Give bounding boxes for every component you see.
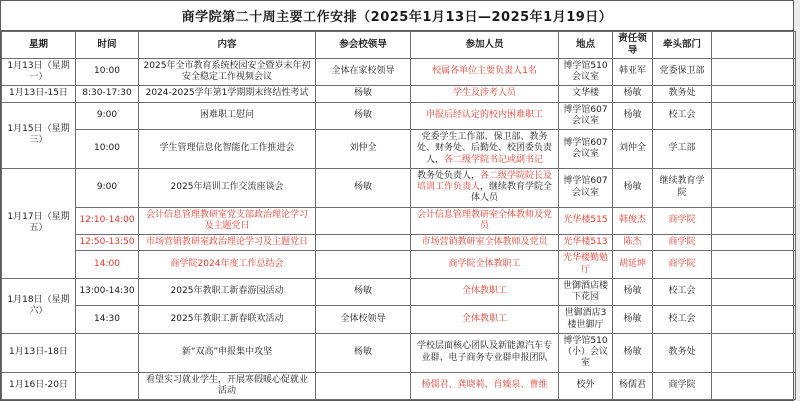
text-segment: 各二级学院书记或副书记 (444, 155, 543, 165)
text-segment: 全体教职工 (462, 314, 507, 324)
text-segment: ，继续教育学院全体人员 (471, 182, 552, 203)
text-segment: 博学馆510会议室 (563, 61, 607, 82)
cell-participants: 商学院全体教职工 (411, 251, 559, 279)
cell-content: 会计信息管理教研室党支部政治理论学习及主题党日 (139, 207, 316, 235)
cell-content: 2024-2025学年第1学期期末终结性考试 (139, 86, 316, 102)
table-row: 1月13日（星期一）10:002025年全市教育系统校园安全暨岁末年初安全稳定工… (2, 58, 796, 86)
cell-day: 1月15日（星期三） (2, 102, 76, 168)
cell-lead-dept: 商学院 (653, 372, 712, 400)
cell-attendees (316, 372, 411, 400)
table-row: 14:00商学院2024年度工作总结会商学院全体教职工光华楼勤勉厅胡延坤商学院 (2, 251, 796, 279)
cell-attendees: 杨敏 (316, 102, 411, 130)
cell-time: 10:00 (76, 130, 139, 169)
text-segment: 杨敏 (623, 347, 641, 357)
cell-lead-dept: 商学院 (653, 207, 712, 235)
cell-empty (712, 278, 796, 306)
cell-empty (712, 86, 796, 102)
cell-duty-leader: 杨敏 (613, 102, 653, 130)
cell-lead-dept: 校工会 (653, 278, 712, 306)
cell-day: 1月13日-18日 (2, 333, 76, 372)
cell-participants: 申报后经认定的校内困难职工 (411, 102, 559, 130)
text-segment: 2025年全市教育系统校园安全暨岁末年初安全稳定工作视频会议 (144, 61, 311, 82)
cell-lead-dept: 校工会 (653, 306, 712, 334)
cell-day: 1月13日-15日 (2, 86, 76, 102)
table-row: 1月17日（星期五）9:002025年培训工作交流座谈会杨敏教务处负责人，各二级… (2, 168, 796, 207)
cell-duty-leader: 韩亚军 (613, 58, 653, 86)
cell-lead-dept: 校工会 (653, 102, 712, 130)
cell-duty-leader: 刘仲全 (613, 130, 653, 169)
cell-attendees: 杨敏 (316, 333, 411, 372)
cell-location: 世御酒店楼下花园 (559, 278, 613, 306)
table-row: 12:50-13:50市场营销教研室政治理论学习及主题党日市场营销教研室全体教师… (2, 235, 796, 251)
cell-day: 1月17日（星期五） (2, 168, 76, 278)
text-segment: 杨儒君 (619, 380, 646, 390)
cell-attendees: 杨敏 (316, 168, 411, 207)
text-segment: 世御酒店楼下花园 (563, 281, 608, 302)
cell-participants: 市场营销教研室全体教师及党员 (411, 235, 559, 251)
text-segment: 光华楼515 (563, 215, 607, 225)
text-segment: 杨敏 (354, 286, 372, 296)
cell-duty-leader: 胡延坤 (613, 251, 653, 279)
text-segment: 博学馆607会议室 (563, 105, 607, 126)
text-segment: 杨敏 (354, 88, 372, 98)
text-segment: 教务处 (668, 88, 695, 98)
text-segment: 学生管理信息化智能化工作推进会 (159, 143, 294, 153)
cell-lead-dept: 学工部 (653, 130, 712, 169)
text-segment: 学工部 (668, 143, 695, 153)
text-segment: 9:00 (97, 182, 117, 192)
cell-attendees: 全体校领导 (316, 306, 411, 334)
cell-day: 1月16日-20日 (2, 372, 76, 400)
cell-duty-leader: 韩俊杰 (613, 207, 653, 235)
header-参会校领导: 参会校领导 (316, 32, 411, 59)
header-时间: 时间 (76, 32, 139, 59)
cell-content: 商学院2024年度工作总结会 (139, 251, 316, 279)
text-segment: 商学院 (668, 215, 695, 225)
cell-attendees (316, 251, 411, 279)
text-segment: 杨敏 (623, 314, 641, 324)
text-segment: 校属各单位主要负责人1名 (432, 66, 537, 76)
cell-empty (712, 207, 796, 235)
table-row: 14:302025年教职工新春联欢活动全体校领导全体教职工世御酒店3楼世御厅杨敏… (2, 306, 796, 334)
text-segment: 2025年培训工作交流座谈会 (171, 182, 284, 192)
schedule-sheet: 商学院第二十周主要工作安排（2025年1月13日—2025年1月19日） 星期时… (0, 0, 794, 401)
text-segment: 市场营销教研室政治理论学习及主题党日 (146, 237, 308, 247)
text-segment: 申报后经认定的校内困难职工 (426, 110, 543, 120)
text-segment: 杨敏 (623, 88, 641, 98)
text-segment: 14:00 (94, 259, 120, 269)
cell-lead-dept: 党委保卫部 (653, 58, 712, 86)
cell-duty-leader: 杨敏 (613, 306, 653, 334)
cell-lead-dept: 商学院 (653, 251, 712, 279)
text-segment: 商学院全体教职工 (448, 259, 520, 269)
cell-content: 困难职工慰问 (139, 102, 316, 130)
text-segment: 刘仲全 (619, 143, 646, 153)
text-segment: 8:30-17:30 (82, 88, 131, 98)
text-segment: 全体校领导 (340, 314, 385, 324)
cell-participants: 学校层面核心团队及新能源汽车专业群、电子商务专业群申报团队 (411, 333, 559, 372)
cell-location: 博学馆607会议室 (559, 130, 613, 169)
text-segment: 校工会 (668, 314, 695, 324)
cell-day: 1月13日（星期一） (2, 58, 76, 86)
header-内容: 内容 (139, 32, 316, 59)
cell-empty (712, 102, 796, 130)
text-segment: 商学院 (668, 259, 695, 269)
cell-participants: 会计信息管理教研室全体教师及党员 (411, 207, 559, 235)
cell-participants: 全体教职工 (411, 278, 559, 306)
header-责任领导: 责任领导 (613, 32, 653, 59)
cell-participants: 全体教职工 (411, 306, 559, 334)
text-segment: 世御酒店3楼世御厅 (565, 308, 607, 329)
text-segment: 12:50-13:50 (79, 237, 134, 247)
cell-empty (712, 306, 796, 334)
cell-attendees: 全体在家校领导 (316, 58, 411, 86)
text-segment: 杨敏 (623, 182, 641, 192)
cell-duty-leader: 杨敏 (613, 278, 653, 306)
text-segment: 教务处负责人， (417, 171, 480, 181)
text-segment: 10:00 (94, 66, 120, 76)
cell-content: 学生管理信息化智能化工作推进会 (139, 130, 316, 169)
cell-time: 14:30 (76, 306, 139, 334)
text-segment: 2025年教职工新春联欢活动 (171, 314, 284, 324)
cell-participants: 党委学生工作部、保卫部、教务处、财务处、后勤处、校团委负责人，各二级学院书记或副… (411, 130, 559, 169)
cell-location: 博学馆510（小）会议室 (559, 333, 613, 372)
text-segment: 2024-2025学年第1学期期末终结性考试 (146, 88, 309, 98)
text-segment: 商学院2024年度工作总结会 (171, 259, 284, 269)
cell-time: 9:00 (76, 168, 139, 207)
text-segment: 学校层面核心团队及新能源汽车专业群、电子商务专业群申报团队 (417, 341, 552, 362)
cell-duty-leader: 杨敏 (613, 333, 653, 372)
text-segment: 杨敏 (623, 286, 641, 296)
cell-time (76, 372, 139, 400)
cell-time: 12:50-13:50 (76, 235, 139, 251)
cell-lead-dept: 继续教育学院 (653, 168, 712, 207)
table-row: 1月13日-15日8:30-17:302024-2025学年第1学期期末终结性考… (2, 86, 796, 102)
text-segment: 继续教育学院 (659, 176, 704, 197)
schedule-table: 星期时间内容参会校领导参加人员地点责任领导牵头部门 1月13日（星期一）10:0… (1, 31, 796, 400)
text-segment: 陈杰 (623, 237, 641, 247)
cell-attendees: 杨敏 (316, 278, 411, 306)
header-empty (712, 32, 796, 59)
cell-duty-leader: 杨儒君 (613, 372, 653, 400)
cell-lead-dept: 商学院 (653, 235, 712, 251)
schedule-body: 1月13日（星期一）10:002025年全市教育系统校园安全暨岁末年初安全稳定工… (2, 58, 796, 399)
header-牵头部门: 牵头部门 (653, 32, 712, 59)
cell-attendees: 杨敏 (316, 86, 411, 102)
cell-day: 1月18日（星期六） (2, 278, 76, 333)
table-row: 1月15日（星期三）9:00困难职工慰问杨敏申报后经认定的校内困难职工博学馆60… (2, 102, 796, 130)
text-segment: 商学院 (668, 237, 695, 247)
cell-content: 看望实习就业学生，开展寒假暖心促就业活动 (139, 372, 316, 400)
header-row: 星期时间内容参会校领导参加人员地点责任领导牵头部门 (2, 32, 796, 59)
text-segment: 2025年教职工新春游园活动 (171, 286, 284, 296)
cell-location: 校外 (559, 372, 613, 400)
text-segment: 10:00 (94, 143, 120, 153)
text-segment: 杨敏 (623, 110, 641, 120)
header-参加人员: 参加人员 (411, 32, 559, 59)
text-segment: 胡延坤 (619, 259, 646, 269)
cell-time: 8:30-17:30 (76, 86, 139, 102)
cell-location: 文华楼 (559, 86, 613, 102)
text-segment: 12:10-14:00 (79, 215, 134, 225)
cell-location: 博学馆607会议室 (559, 102, 613, 130)
cell-location: 光华楼513 (559, 235, 613, 251)
cell-time: 12:10-14:00 (76, 207, 139, 235)
cell-empty (712, 372, 796, 400)
document-title: 商学院第二十周主要工作安排（2025年1月13日—2025年1月19日） (1, 1, 793, 31)
text-segment: 困难职工慰问 (200, 110, 254, 120)
table-row: 12:10-14:00会计信息管理教研室党支部政治理论学习及主题党日会计信息管理… (2, 207, 796, 235)
cell-attendees: 刘仲全 (316, 130, 411, 169)
table-row: 10:00学生管理信息化智能化工作推进会刘仲全党委学生工作部、保卫部、教务处、财… (2, 130, 796, 169)
cell-time: 13:00-14:30 (76, 278, 139, 306)
cell-content: 2025年教职工新春联欢活动 (139, 306, 316, 334)
cell-content: 2025年教职工新春游园活动 (139, 278, 316, 306)
text-segment: 博学馆607会议室 (563, 138, 607, 159)
cell-duty-leader: 陈杰 (613, 235, 653, 251)
cell-content: 市场营销教研室政治理论学习及主题党日 (139, 235, 316, 251)
text-segment: 9:00 (97, 110, 117, 120)
cell-empty (712, 130, 796, 169)
text-segment: 刘仲全 (349, 143, 376, 153)
cell-location: 世御酒店3楼世御厅 (559, 306, 613, 334)
text-segment: 全体在家校领导 (331, 66, 394, 76)
cell-participants: 教务处负责人，各二级学院院长及培训工作负责人，继续教育学院全体人员 (411, 168, 559, 207)
table-row: 1月16日-20日看望实习就业学生，开展寒假暖心促就业活动杨儒君、龚晓莉、肖臻泉… (2, 372, 796, 400)
table-row: 1月18日（星期六）13:00-14:302025年教职工新春游园活动杨敏全体教… (2, 278, 796, 306)
cell-content: 2025年全市教育系统校园安全暨岁末年初安全稳定工作视频会议 (139, 58, 316, 86)
text-segment: 14:30 (94, 314, 120, 324)
text-segment: 市场营销教研室全体教师及党员 (421, 237, 547, 247)
text-segment: 博学馆510（小）会议室 (563, 336, 608, 369)
table-row: 1月13日-18日新“双高”申报集中攻坚杨敏学校层面核心团队及新能源汽车专业群、… (2, 333, 796, 372)
cell-empty (712, 58, 796, 86)
cell-time (76, 333, 139, 372)
cell-lead-dept: 教务处 (653, 333, 712, 372)
text-segment: 杨儒君、龚晓莉、肖臻泉、曹维 (421, 380, 547, 390)
cell-location: 博学馆607会议室 (559, 168, 613, 207)
text-segment: 商学院 (668, 380, 695, 390)
text-segment: 文华楼 (572, 88, 599, 98)
cell-duty-leader: 杨敏 (613, 168, 653, 207)
text-segment: 会计信息管理教研室党支部政治理论学习及主题党日 (146, 210, 308, 231)
text-segment: 13:00-14:30 (79, 286, 134, 296)
text-segment: 教务处 (668, 347, 695, 357)
cell-participants: 学生及涉考人员 (411, 86, 559, 102)
cell-time: 9:00 (76, 102, 139, 130)
text-segment: 校工会 (668, 286, 695, 296)
text-segment: 会计信息管理教研室全体教师及党员 (417, 210, 552, 231)
cell-content: 新“双高”申报集中攻坚 (139, 333, 316, 372)
cell-empty (712, 168, 796, 207)
text-segment: 杨敏 (354, 182, 372, 192)
text-segment: 光华楼513 (563, 237, 607, 247)
header-地点: 地点 (559, 32, 613, 59)
cell-content: 2025年培训工作交流座谈会 (139, 168, 316, 207)
text-segment: 博学馆607会议室 (563, 176, 607, 197)
text-segment: 韩俊杰 (619, 215, 646, 225)
text-segment: 杨敏 (354, 347, 372, 357)
text-segment: 全体教职工 (462, 286, 507, 296)
text-segment: 党委保卫部 (659, 66, 704, 76)
cell-empty (712, 235, 796, 251)
text-segment: 校工会 (668, 110, 695, 120)
text-segment: 看望实习就业学生，开展寒假暖心促就业活动 (146, 375, 308, 396)
cell-participants: 校属各单位主要负责人1名 (411, 58, 559, 86)
cell-attendees (316, 207, 411, 235)
cell-location: 博学馆510会议室 (559, 58, 613, 86)
text-segment: 新“双高”申报集中攻坚 (182, 347, 272, 357)
cell-time: 10:00 (76, 58, 139, 86)
text-segment: 杨敏 (354, 110, 372, 120)
cell-attendees (316, 235, 411, 251)
cell-empty (712, 251, 796, 279)
cell-empty (712, 333, 796, 372)
text-segment: 校外 (576, 380, 594, 390)
cell-lead-dept: 教务处 (653, 86, 712, 102)
cell-location: 光华楼515 (559, 207, 613, 235)
cell-participants: 杨儒君、龚晓莉、肖臻泉、曹维 (411, 372, 559, 400)
header-星期: 星期 (2, 32, 76, 59)
cell-duty-leader: 杨敏 (613, 86, 653, 102)
text-segment: 光华楼勤勉厅 (563, 253, 608, 274)
text-segment: 韩亚军 (619, 66, 646, 76)
text-segment: 学生及涉考人员 (453, 88, 516, 98)
cell-location: 光华楼勤勉厅 (559, 251, 613, 279)
cell-time: 14:00 (76, 251, 139, 279)
